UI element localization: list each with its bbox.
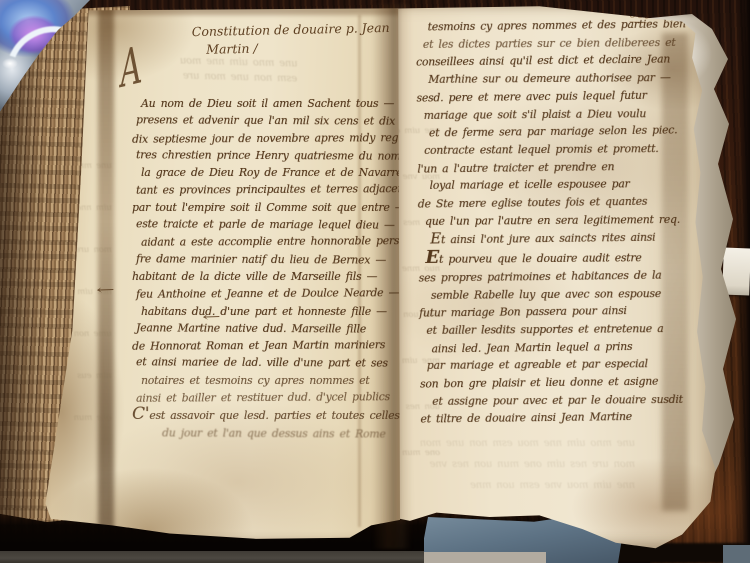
manuscript-line: Au nom de Dieu soit il amen Sachent tous…	[141, 95, 394, 112]
ghost-line: une mno uim nne mou esm non une mon	[420, 433, 635, 454]
manuscript-line: de Honnorat Roman et Jean Martin marinie…	[132, 336, 394, 355]
manuscript-line: Et pourveu que le douaire audit estre	[425, 247, 680, 269]
heading-line: Martin /	[206, 37, 390, 59]
manuscript-photo: une mno uim nne mouesm non une mon ure u…	[0, 0, 750, 563]
manuscript-line: aidant a este accomplie entre honnorable…	[141, 233, 394, 252]
manuscript-line: ainsi et bailler et restituer dud. d'yce…	[136, 388, 394, 407]
act-heading: Constitution de douaire p. Jean Martin /	[192, 19, 391, 59]
gutter-shadow	[372, 4, 412, 549]
manuscript-line: son bon gre plaisir et lieu donne et asi…	[420, 372, 682, 393]
ghost-line: nim eus	[74, 355, 112, 397]
manuscript-line: et ainsi mariee de lad. ville d'une part…	[136, 354, 394, 373]
table-edge-strip	[0, 551, 468, 563]
manuscript-line: de Ste mere eglise toutes fois et quante…	[418, 192, 680, 213]
manuscript-line: sesd. pere et mere avec puis lequel futu…	[416, 86, 678, 107]
ghost-line: nne uim mou vne esm uon mne	[420, 475, 635, 496]
ghost-line: esm non une mon ure	[180, 68, 298, 86]
right-page-text: tesmoins cy apres nommes et des parties …	[416, 15, 683, 428]
ghost-line: mon ure	[74, 229, 112, 271]
manuscript-line: habitans dud. d'une part et honneste fil…	[141, 303, 394, 320]
drop-initial: A	[118, 36, 144, 100]
manuscript-line: notaires et tesmoins cy apres nommes et	[141, 372, 394, 389]
manuscript-line: par tout l'empire soit il Comme soit que…	[132, 199, 394, 216]
manuscript-line: tres chrestien prince Henry quatriesme d…	[136, 146, 394, 165]
manuscript-line: C'est assavoir que lesd. parties et tout…	[132, 406, 394, 424]
left-page: une mno uim nne mouesm non une mon ure u…	[40, 5, 400, 547]
manuscript-line: et tiltre de douaire ainsi Jean Martine	[420, 408, 682, 429]
manuscript-line: habitant de la dicte ville de Marseille …	[132, 268, 394, 285]
manuscript-line: feu Anthoine et Jeanne et de Doulce Near…	[136, 284, 394, 303]
left-page-text: Au nom de Dieu soit il amen Sachent tous…	[132, 95, 394, 442]
cloth-corner-patch	[723, 545, 750, 563]
margin-arrow-mark: ←	[201, 310, 221, 326]
manuscript-line: tant es provinces principaultes et terre…	[136, 181, 394, 200]
manuscript-line: tesmoins cy apres nommes et des parties …	[428, 15, 678, 36]
ghost-line: one mun	[74, 397, 112, 439]
margin-arrow-mark: ←	[95, 283, 115, 299]
manuscript-line: ses propres patrimoines et habitances de…	[419, 266, 681, 287]
bleed-through-text: une mno uim nne mou esm non une monmon u…	[420, 433, 635, 496]
manuscript-line: fre dame marinier natif du lieu de Berne…	[136, 250, 394, 269]
manuscript-line: dix septiesme jour de novembre apres mid…	[132, 129, 394, 148]
manuscript-line: este traicte et parle de mariage lequel …	[136, 215, 394, 234]
manuscript-line: Jeanne Martine native dud. Marseille fil…	[136, 319, 394, 338]
right-page: 569 nne uim onmou vneune mesnuo mneesm u…	[390, 3, 722, 551]
ghost-line: mon ure nes uim one mun uon nes vne	[420, 454, 635, 475]
cloth-highlight	[424, 552, 546, 563]
manuscript-line: presens et advenir que l'an mil six cens…	[136, 112, 394, 131]
manuscript-line: du jour et l'an que dessus ains et Rome	[162, 424, 394, 443]
ghost-line: ume non	[74, 313, 112, 355]
manuscript-line: la grace de Dieu Roy de France et de Nav…	[141, 164, 394, 181]
